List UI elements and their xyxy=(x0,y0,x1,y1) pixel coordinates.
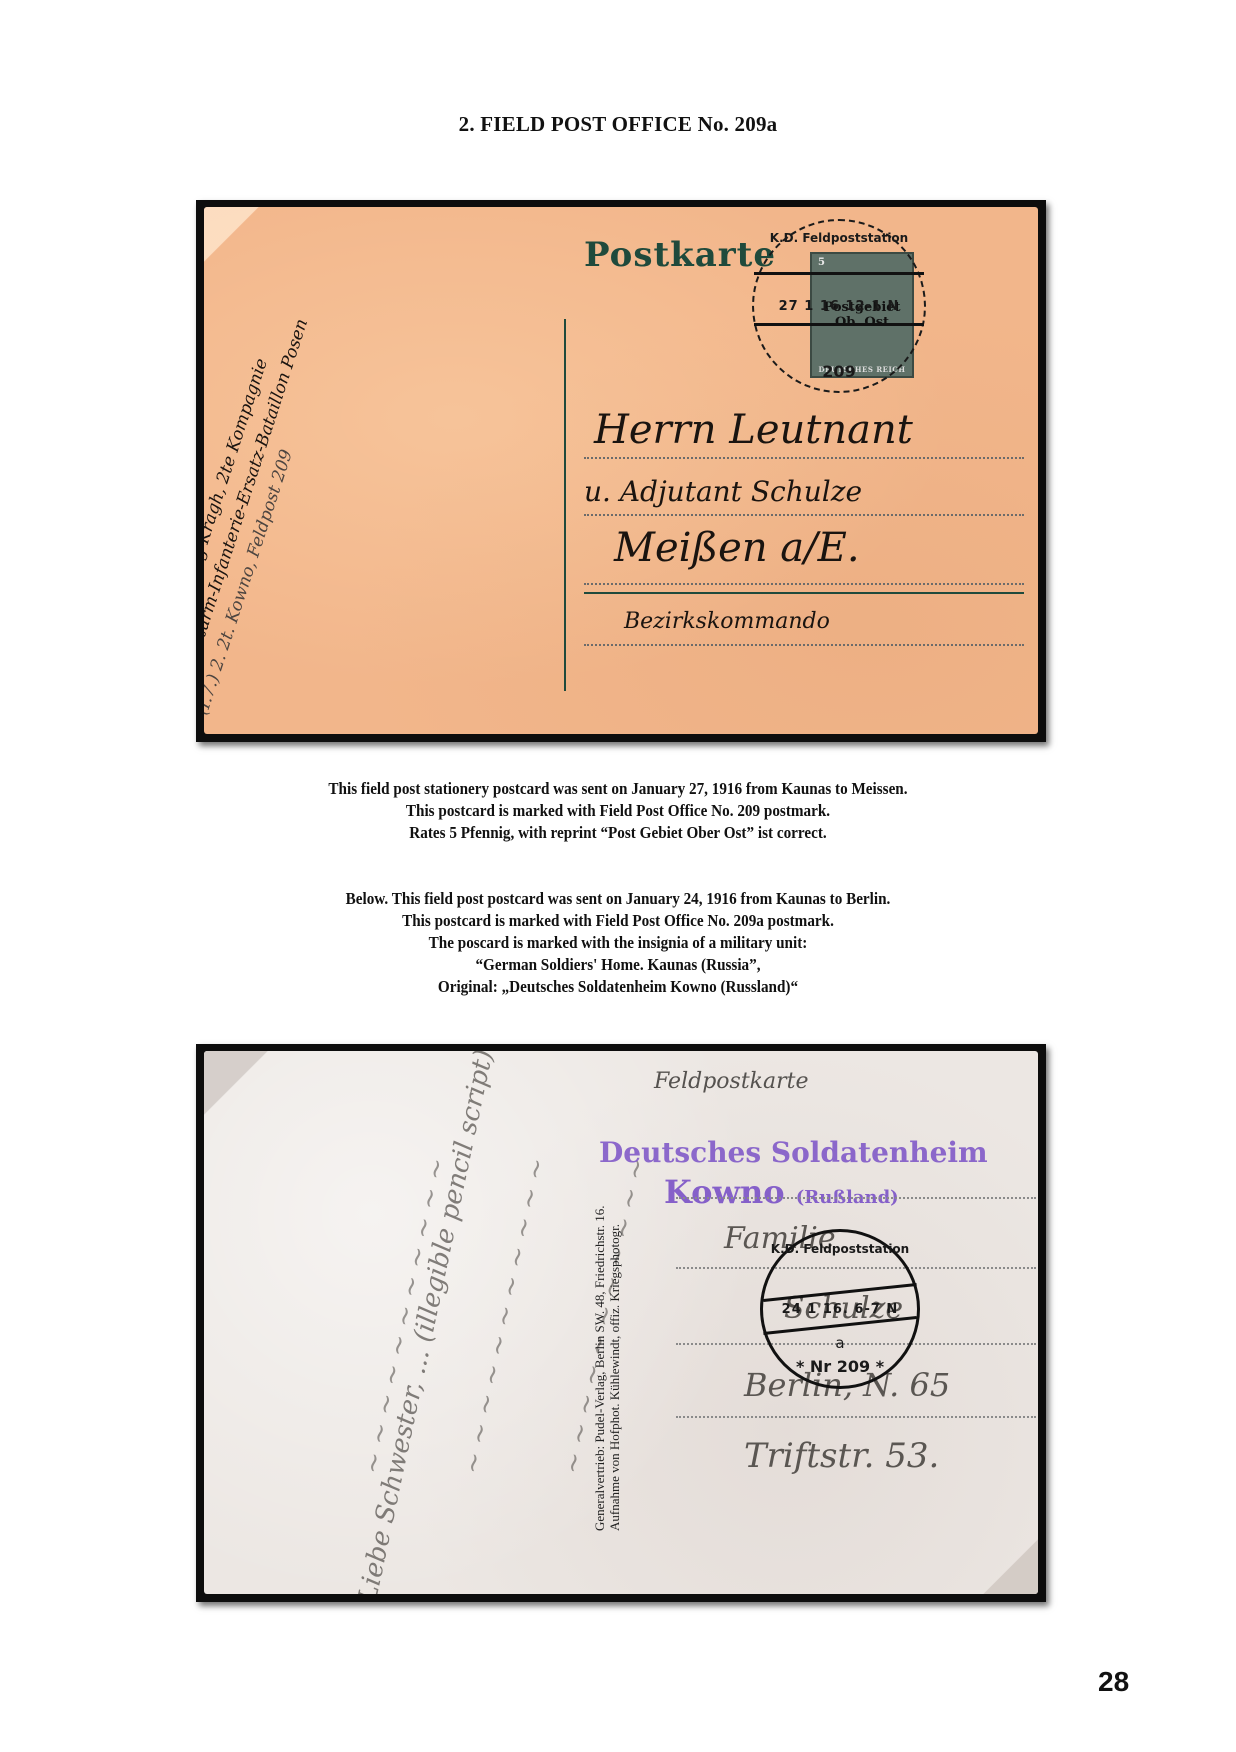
address-dotted-line xyxy=(584,514,1024,516)
sender-handwriting: Abs. Landsturm. Georg Kragh, 2te Kompagn… xyxy=(204,299,340,718)
caption-line: Rates 5 Pfennig, with reprint “Post Gebi… xyxy=(49,822,1186,844)
caption-line: This postcard is marked with Field Post … xyxy=(49,910,1186,932)
address-line-1: Herrn Leutnant xyxy=(594,407,913,453)
postmark-date: 24 1 16. 6-7 N xyxy=(782,1302,899,1317)
kowno-text: Kowno xyxy=(664,1173,785,1211)
postmark-209a: K.D. Feldpoststation 24 1 16. 6-7 N a * … xyxy=(760,1229,920,1389)
postcard-back: Liebe Schwester, ... (illegible pencil s… xyxy=(204,1051,1038,1594)
soldatenheim-stamp-line2: Kowno (Rußland) xyxy=(664,1173,899,1211)
card-divider xyxy=(564,319,566,691)
postmark-number: 209 xyxy=(822,362,855,381)
postmark-bar xyxy=(763,1282,916,1301)
caption-line: This postcard is marked with Field Post … xyxy=(49,800,1186,822)
address-line-3: Meißen a/E. xyxy=(614,525,860,571)
caption-line: Original: „Deutsches Soldatenheim Kowno … xyxy=(49,976,1186,998)
address-dotted-line xyxy=(676,1416,1036,1418)
message-handwriting-line: ~ ~ ~ ~ ~ ~ ~ ~ ~ ~ ~ xyxy=(457,1155,553,1476)
postmark-arc-text: K.D. Feldpoststation xyxy=(770,231,908,245)
caption-line: The poscard is marked with the insignia … xyxy=(49,932,1186,954)
soldatenheim-stamp-line1: Deutsches Soldatenheim xyxy=(599,1136,988,1169)
postmark-number: * Nr 209 * xyxy=(796,1357,884,1376)
postmark-209: K.D. Feldpoststation 27 1 16 12-1 N 209 xyxy=(752,219,926,393)
address-solid-line xyxy=(584,592,1024,594)
postmark-bar xyxy=(754,272,924,275)
postcard-front-image: Abs. Landsturm. Georg Kragh, 2te Kompagn… xyxy=(196,200,1046,742)
feldpostkarte-handwriting: Feldpostkarte xyxy=(654,1069,808,1094)
caption-back: Below. This field post postcard was sent… xyxy=(49,888,1186,998)
address-line-4: Triftstr. 53. xyxy=(744,1436,939,1476)
caption-line: This field post stationery postcard was … xyxy=(49,778,1186,800)
publisher-imprint: Generalvertrieb: Pudel-Verlag, Berlin SW… xyxy=(592,1205,622,1531)
message-handwriting: Liebe Schwester, ... (illegible pencil s… xyxy=(353,1051,500,1594)
caption-line: “German Soldiers' Home. Kaunas (Russia”, xyxy=(49,954,1186,976)
postmark-bar xyxy=(754,323,924,326)
postcard-front: Abs. Landsturm. Georg Kragh, 2te Kompagn… xyxy=(204,207,1038,734)
address-line-4: Bezirkskommando xyxy=(624,609,830,634)
publisher-line: Generalvertrieb: Pudel-Verlag, Berlin SW… xyxy=(592,1205,607,1531)
postmark-arc-text: K.D. Feldpoststation xyxy=(771,1242,909,1256)
page-title: 2. FIELD POST OFFICE No. 209a xyxy=(0,112,1236,137)
postcard-back-image: Liebe Schwester, ... (illegible pencil s… xyxy=(196,1044,1046,1602)
publisher-line: Aufnahme von Hofphot. Kühlewindt, offiz.… xyxy=(607,1205,622,1531)
address-dotted-line xyxy=(584,583,1024,585)
postmark-date: 27 1 16 12-1 N xyxy=(779,299,900,314)
address-dotted-line xyxy=(584,457,1024,459)
address-dotted-line xyxy=(676,1197,1036,1199)
address-dotted-line xyxy=(584,644,1024,646)
page-number: 28 xyxy=(1098,1666,1129,1698)
caption-line: Below. This field post postcard was sent… xyxy=(49,888,1186,910)
address-line-2: u. Adjutant Schulze xyxy=(584,475,862,508)
postmark-bar xyxy=(763,1316,916,1335)
postkarte-heading: Postkarte xyxy=(584,235,776,275)
postmark-sub: a xyxy=(835,1334,844,1352)
caption-front: This field post stationery postcard was … xyxy=(49,778,1186,844)
